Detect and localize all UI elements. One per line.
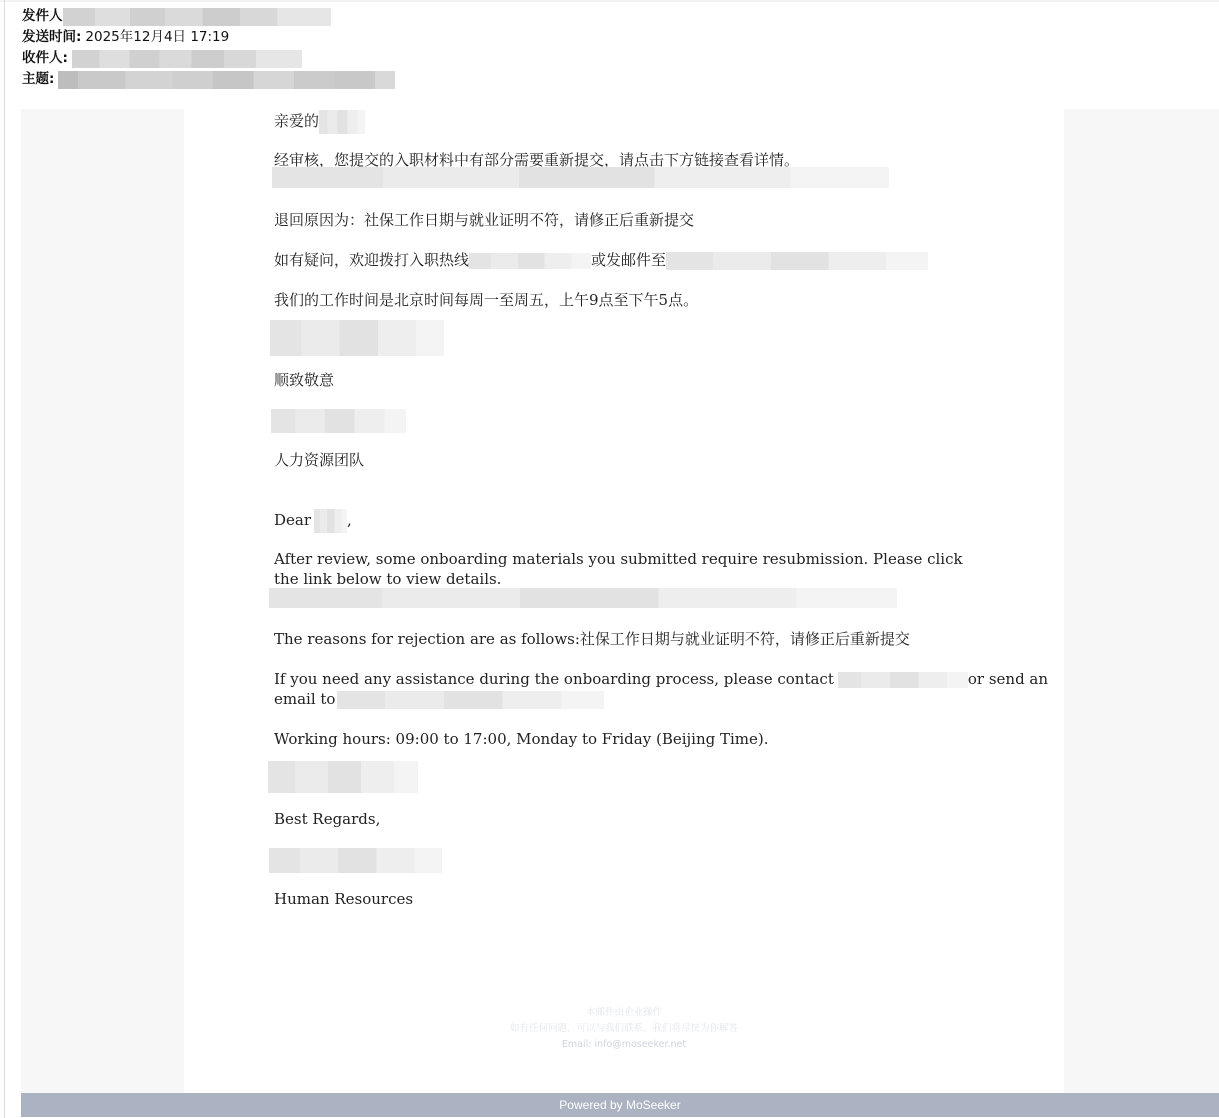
sent-value: 2025年12月4日 17:19: [85, 27, 229, 48]
cn-greeting-line: 亲爱的: [274, 110, 365, 134]
cn-contact-prefix: 如有疑问，欢迎拨打入职热线: [274, 251, 469, 269]
en-contact-line2-text: email to: [274, 690, 335, 708]
cn-team: 人力资源团队: [274, 450, 364, 470]
en-hours: Working hours: 09:00 to 17:00, Monday to…: [274, 729, 769, 749]
en-signature-redacted: [269, 848, 442, 873]
cn-closing: 顺致敬意: [274, 370, 334, 390]
top-divider: [0, 0, 1219, 2]
en-recipient-redacted: [314, 509, 347, 533]
subject-row: 主题:: [22, 69, 395, 90]
from-redacted: [63, 8, 331, 26]
powered-by-text: Powered by MoSeeker: [559, 1098, 680, 1112]
to-row: 收件人:: [22, 48, 395, 69]
to-redacted: [72, 50, 302, 68]
sent-row: 发送时间: 2025年12月4日 17:19: [22, 27, 395, 48]
footer-line2: 如有任何问题，可以与我们联系，我们将尽快为你解答: [184, 1021, 1064, 1037]
en-contact-line2: email to: [274, 689, 604, 709]
cn-hours: 我们的工作时间是北京时间每周一至周五，上午9点至下午5点。: [274, 290, 698, 310]
en-closing: Best Regards,: [274, 809, 380, 829]
subject-label: 主题:: [22, 69, 54, 90]
subject-redacted: [58, 71, 395, 89]
en-details-link-redacted[interactable]: [269, 588, 897, 608]
cn-recipient-redacted: [319, 110, 365, 134]
cn-reason: 退回原因为：社保工作日期与就业证明不符，请修正后重新提交: [274, 210, 694, 230]
from-row: 发件人: [22, 6, 395, 27]
cn-contact-line: 如有疑问，欢迎拨打入职热线或发邮件至: [274, 250, 928, 270]
en-reason: The reasons for rejection are as follows…: [274, 629, 910, 649]
en-greeting-line: Dear,: [274, 509, 352, 533]
en-greeting: Dear: [274, 511, 311, 529]
powered-by-bar: Powered by MoSeeker: [21, 1093, 1219, 1117]
en-hotline-redacted: [838, 672, 968, 688]
footer-email-label: Email:: [562, 1039, 592, 1050]
footer-email-line: Email: info@moseeker.net: [184, 1037, 1064, 1053]
sent-label: 发送时间:: [22, 27, 81, 48]
from-label: 发件人: [22, 6, 63, 27]
footer-email-link[interactable]: info@moseeker.net: [594, 1039, 686, 1050]
en-email-redacted[interactable]: [337, 691, 604, 709]
footer-line1: 本邮件由企业操作: [184, 1005, 1064, 1021]
en-team: Human Resources: [274, 889, 413, 909]
email-header: 发件人 发送时间: 2025年12月4日 17:19 收件人: 主题:: [22, 6, 395, 90]
en-greeting-suffix: ,: [347, 511, 352, 529]
cn-image-redacted: [270, 320, 444, 356]
en-contact-line1: If you need any assistance during the on…: [274, 669, 1048, 689]
left-divider: [4, 0, 5, 1118]
cn-hotline-redacted: [469, 253, 591, 269]
cn-contact-mid: 或发邮件至: [591, 251, 666, 269]
cn-signature-redacted: [271, 409, 406, 433]
cn-email-redacted[interactable]: [666, 252, 928, 270]
en-intro: After review, some onboarding materials …: [274, 549, 974, 589]
to-label: 收件人:: [22, 48, 68, 69]
cn-greeting: 亲爱的: [274, 112, 319, 130]
cn-details-link-redacted[interactable]: [272, 167, 889, 188]
en-contact-prefix: If you need any assistance during the on…: [274, 670, 834, 688]
email-footer-notes: 本邮件由企业操作 如有任何问题，可以与我们联系，我们将尽快为你解答 Email:…: [184, 1005, 1064, 1053]
en-contact-mid: or send an: [968, 670, 1048, 688]
en-image-redacted: [268, 761, 418, 793]
